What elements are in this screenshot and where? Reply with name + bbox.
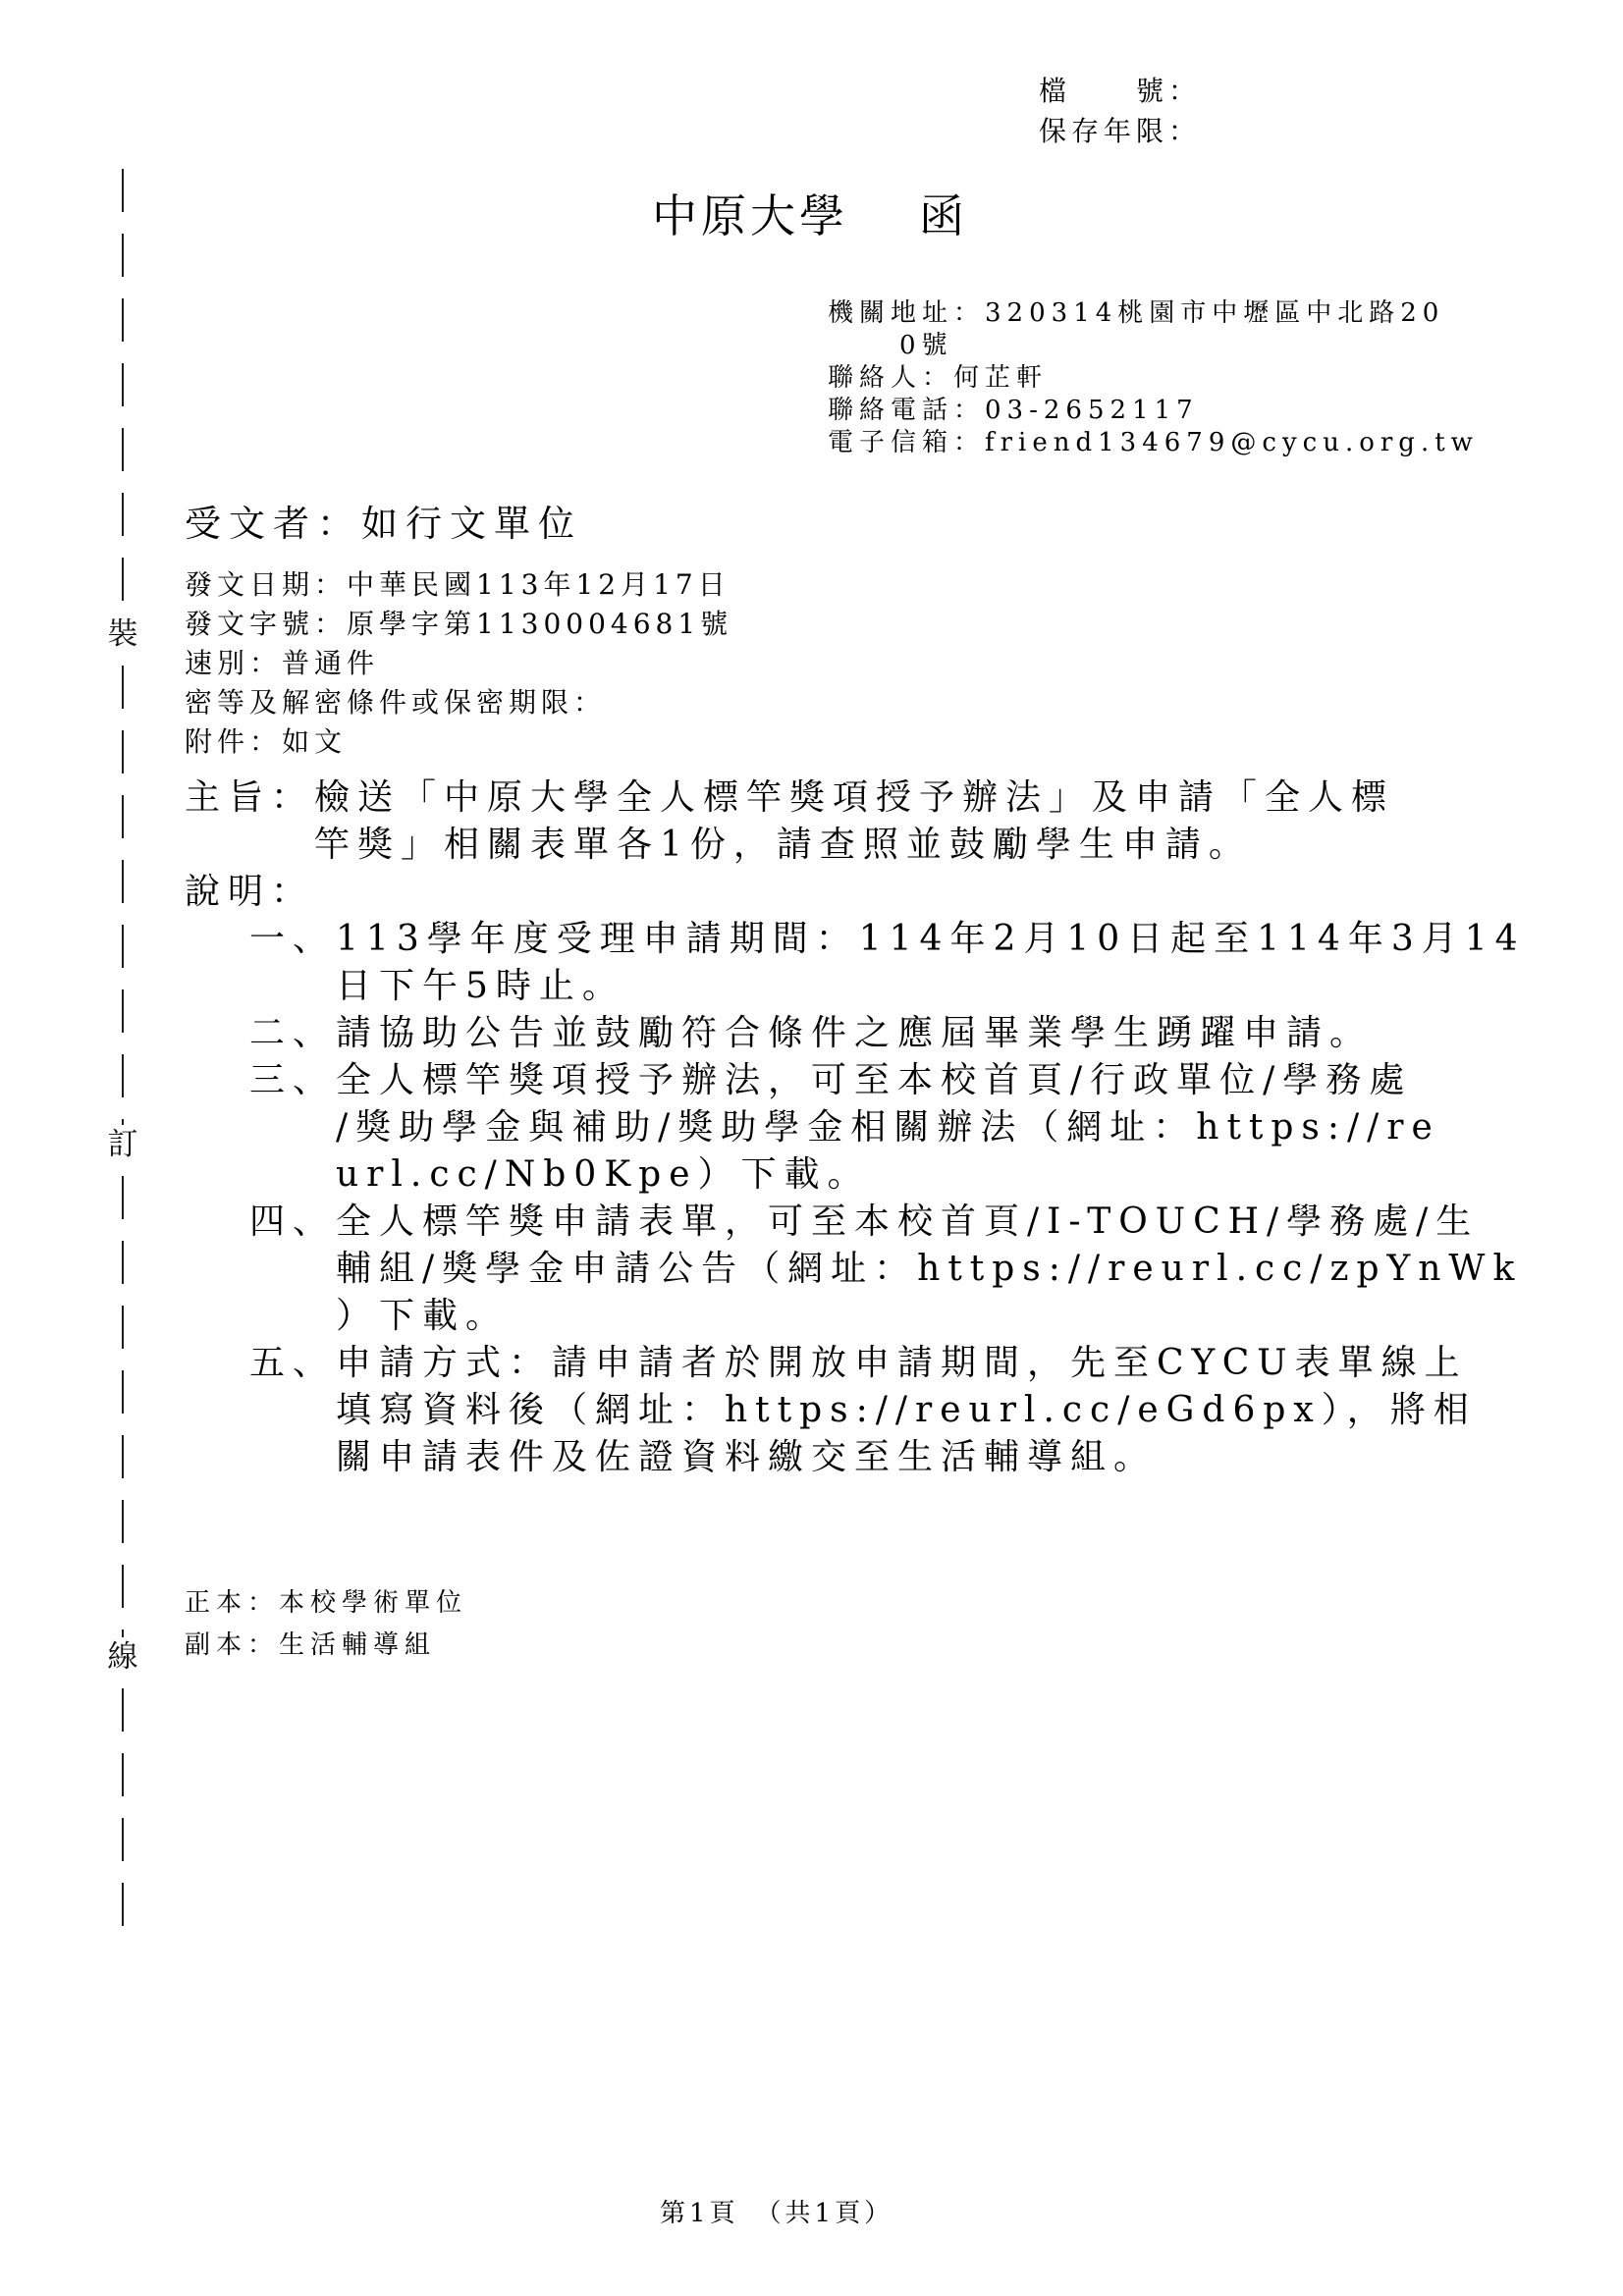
binding-dash-segment xyxy=(122,666,124,1125)
original-recipient: 正本：本校學術單位 xyxy=(185,1582,467,1625)
binding-mark-ding: 訂 xyxy=(106,1127,139,1163)
list-item-5-number: 五、 xyxy=(249,1343,336,1383)
document-page: 裝 訂 線 檔 號： 保存年限： 中原大學函 機關地址：320314桃園市中壢區… xyxy=(0,0,1623,2296)
issue-date: 發文日期：中華民國113年12月17日 xyxy=(185,565,732,605)
list-item-4-number: 四、 xyxy=(249,1201,336,1242)
list-item-3-text: 全人標竿獎項授予辦法，可至本校首頁/行政單位/學務處 xyxy=(336,1060,1412,1100)
list-item-3-line-1: 三、全人標竿獎項授予辦法，可至本校首頁/行政單位/學務處 xyxy=(185,1057,1559,1104)
list-item-5-line-3: 關申請表件及佐證資料繳交至生活輔導組。 xyxy=(185,1434,1559,1481)
binding-dash-segment xyxy=(122,169,124,616)
binding-rail: 裝 訂 線 xyxy=(106,169,139,1936)
subject-text: 檢送「中原大學全人標竿獎項授予辦法」及申請「全人標 xyxy=(314,777,1394,818)
copy-recipient: 副本：生活輔導組 xyxy=(185,1625,467,1667)
list-item-2-line-1: 二、請協助公告並鼓勵符合條件之應屆畢業學生踴躍申請。 xyxy=(185,1010,1559,1057)
subject-line-1: 主旨：檢送「中原大學全人標竿獎項授予辦法」及申請「全人標 xyxy=(185,774,1559,822)
list-item-1-line-1: 一、113學年度受理申請期間：114年2月10日起至114年3月14 xyxy=(185,916,1559,963)
list-item-4-line-3: ）下載。 xyxy=(185,1293,1559,1340)
page-footer: 第1頁 （共1頁） xyxy=(660,2193,893,2229)
security-class: 密等及解密條件或保密期限： xyxy=(185,683,732,722)
binding-mark-xian: 線 xyxy=(106,1639,139,1676)
file-number-block: 檔 號： 保存年限： xyxy=(1039,71,1201,151)
list-item-4-line-1: 四、全人標竿獎申請表單，可至本校首頁/I-TOUCH/學務處/生 xyxy=(185,1199,1559,1246)
org-address-line1: 機關地址：320314桃園市中壢區中北路20 xyxy=(828,297,1479,330)
list-item-5-text: 申請方式：請申請者於開放申請期間，先至CYCU表單線上 xyxy=(336,1343,1468,1383)
list-item-2-number: 二、 xyxy=(249,1013,336,1053)
org-address-line2: 0號 xyxy=(828,330,1479,362)
subject-line-2: 竿獎」相關表單各1份，請查照並鼓勵學生申請。 xyxy=(185,822,1559,869)
list-item-4-line-2: 輔組/獎學金申請公告（網址：https://reurl.cc/zpYnWk xyxy=(185,1246,1559,1293)
contact-email: 電子信箱：friend134679@cycu.org.tw xyxy=(828,427,1479,459)
issue-doc-number: 發文字號：原學字第1130004681號 xyxy=(185,605,732,644)
document-title: 中原大學函 xyxy=(652,181,968,245)
list-item-3-line-3: url.cc/Nb0Kpe）下載。 xyxy=(185,1151,1559,1199)
contact-person: 聯絡人：何芷軒 xyxy=(828,362,1479,395)
binding-dash-segment xyxy=(122,1176,124,1637)
subject-label: 主旨： xyxy=(185,777,314,818)
retention-period-label: 保存年限： xyxy=(1039,111,1201,151)
binding-dash-segment xyxy=(122,1688,124,1930)
org-name: 中原大學 xyxy=(652,189,848,242)
doc-type: 函 xyxy=(919,189,968,242)
list-item-1-number: 一、 xyxy=(249,919,336,959)
list-item-5-line-2: 填寫資料後（網址：https://reurl.cc/eGd6px），將相 xyxy=(185,1387,1559,1434)
recipient-line: 受文者：如行文單位 xyxy=(185,494,582,547)
speed-class: 速別：普通件 xyxy=(185,644,732,683)
list-item-3-number: 三、 xyxy=(249,1060,336,1100)
list-item-2-text: 請協助公告並鼓勵符合條件之應屆畢業學生踴躍申請。 xyxy=(336,1013,1373,1053)
distribution-block: 正本：本校學術單位 副本：生活輔導組 xyxy=(185,1582,467,1667)
meta-block: 發文日期：中華民國113年12月17日 發文字號：原學字第1130004681號… xyxy=(185,565,732,762)
binding-mark-zhuang: 裝 xyxy=(106,616,139,653)
contact-phone: 聯絡電話：03-2652117 xyxy=(828,395,1479,427)
list-item-1-text: 113學年度受理申請期間：114年2月10日起至114年3月14 xyxy=(336,919,1526,959)
list-item-1-line-2: 日下午5時止。 xyxy=(185,963,1559,1010)
list-item-3-line-2: /獎助學金與補助/獎助學金相關辦法（網址：https://re xyxy=(185,1104,1559,1151)
explanation-label: 說明： xyxy=(185,869,1559,916)
document-body: 主旨：檢送「中原大學全人標竿獎項授予辦法」及申請「全人標 竿獎」相關表單各1份，… xyxy=(185,774,1559,1481)
attachment-note: 附件：如文 xyxy=(185,722,732,762)
list-item-4-text: 全人標竿獎申請表單，可至本校首頁/I-TOUCH/學務處/生 xyxy=(336,1201,1479,1242)
list-item-5-line-1: 五、申請方式：請申請者於開放申請期間，先至CYCU表單線上 xyxy=(185,1340,1559,1387)
file-number-label: 檔 號： xyxy=(1039,71,1201,111)
contact-block: 機關地址：320314桃園市中壢區中北路20 0號 聯絡人：何芷軒 聯絡電話：0… xyxy=(828,297,1479,459)
